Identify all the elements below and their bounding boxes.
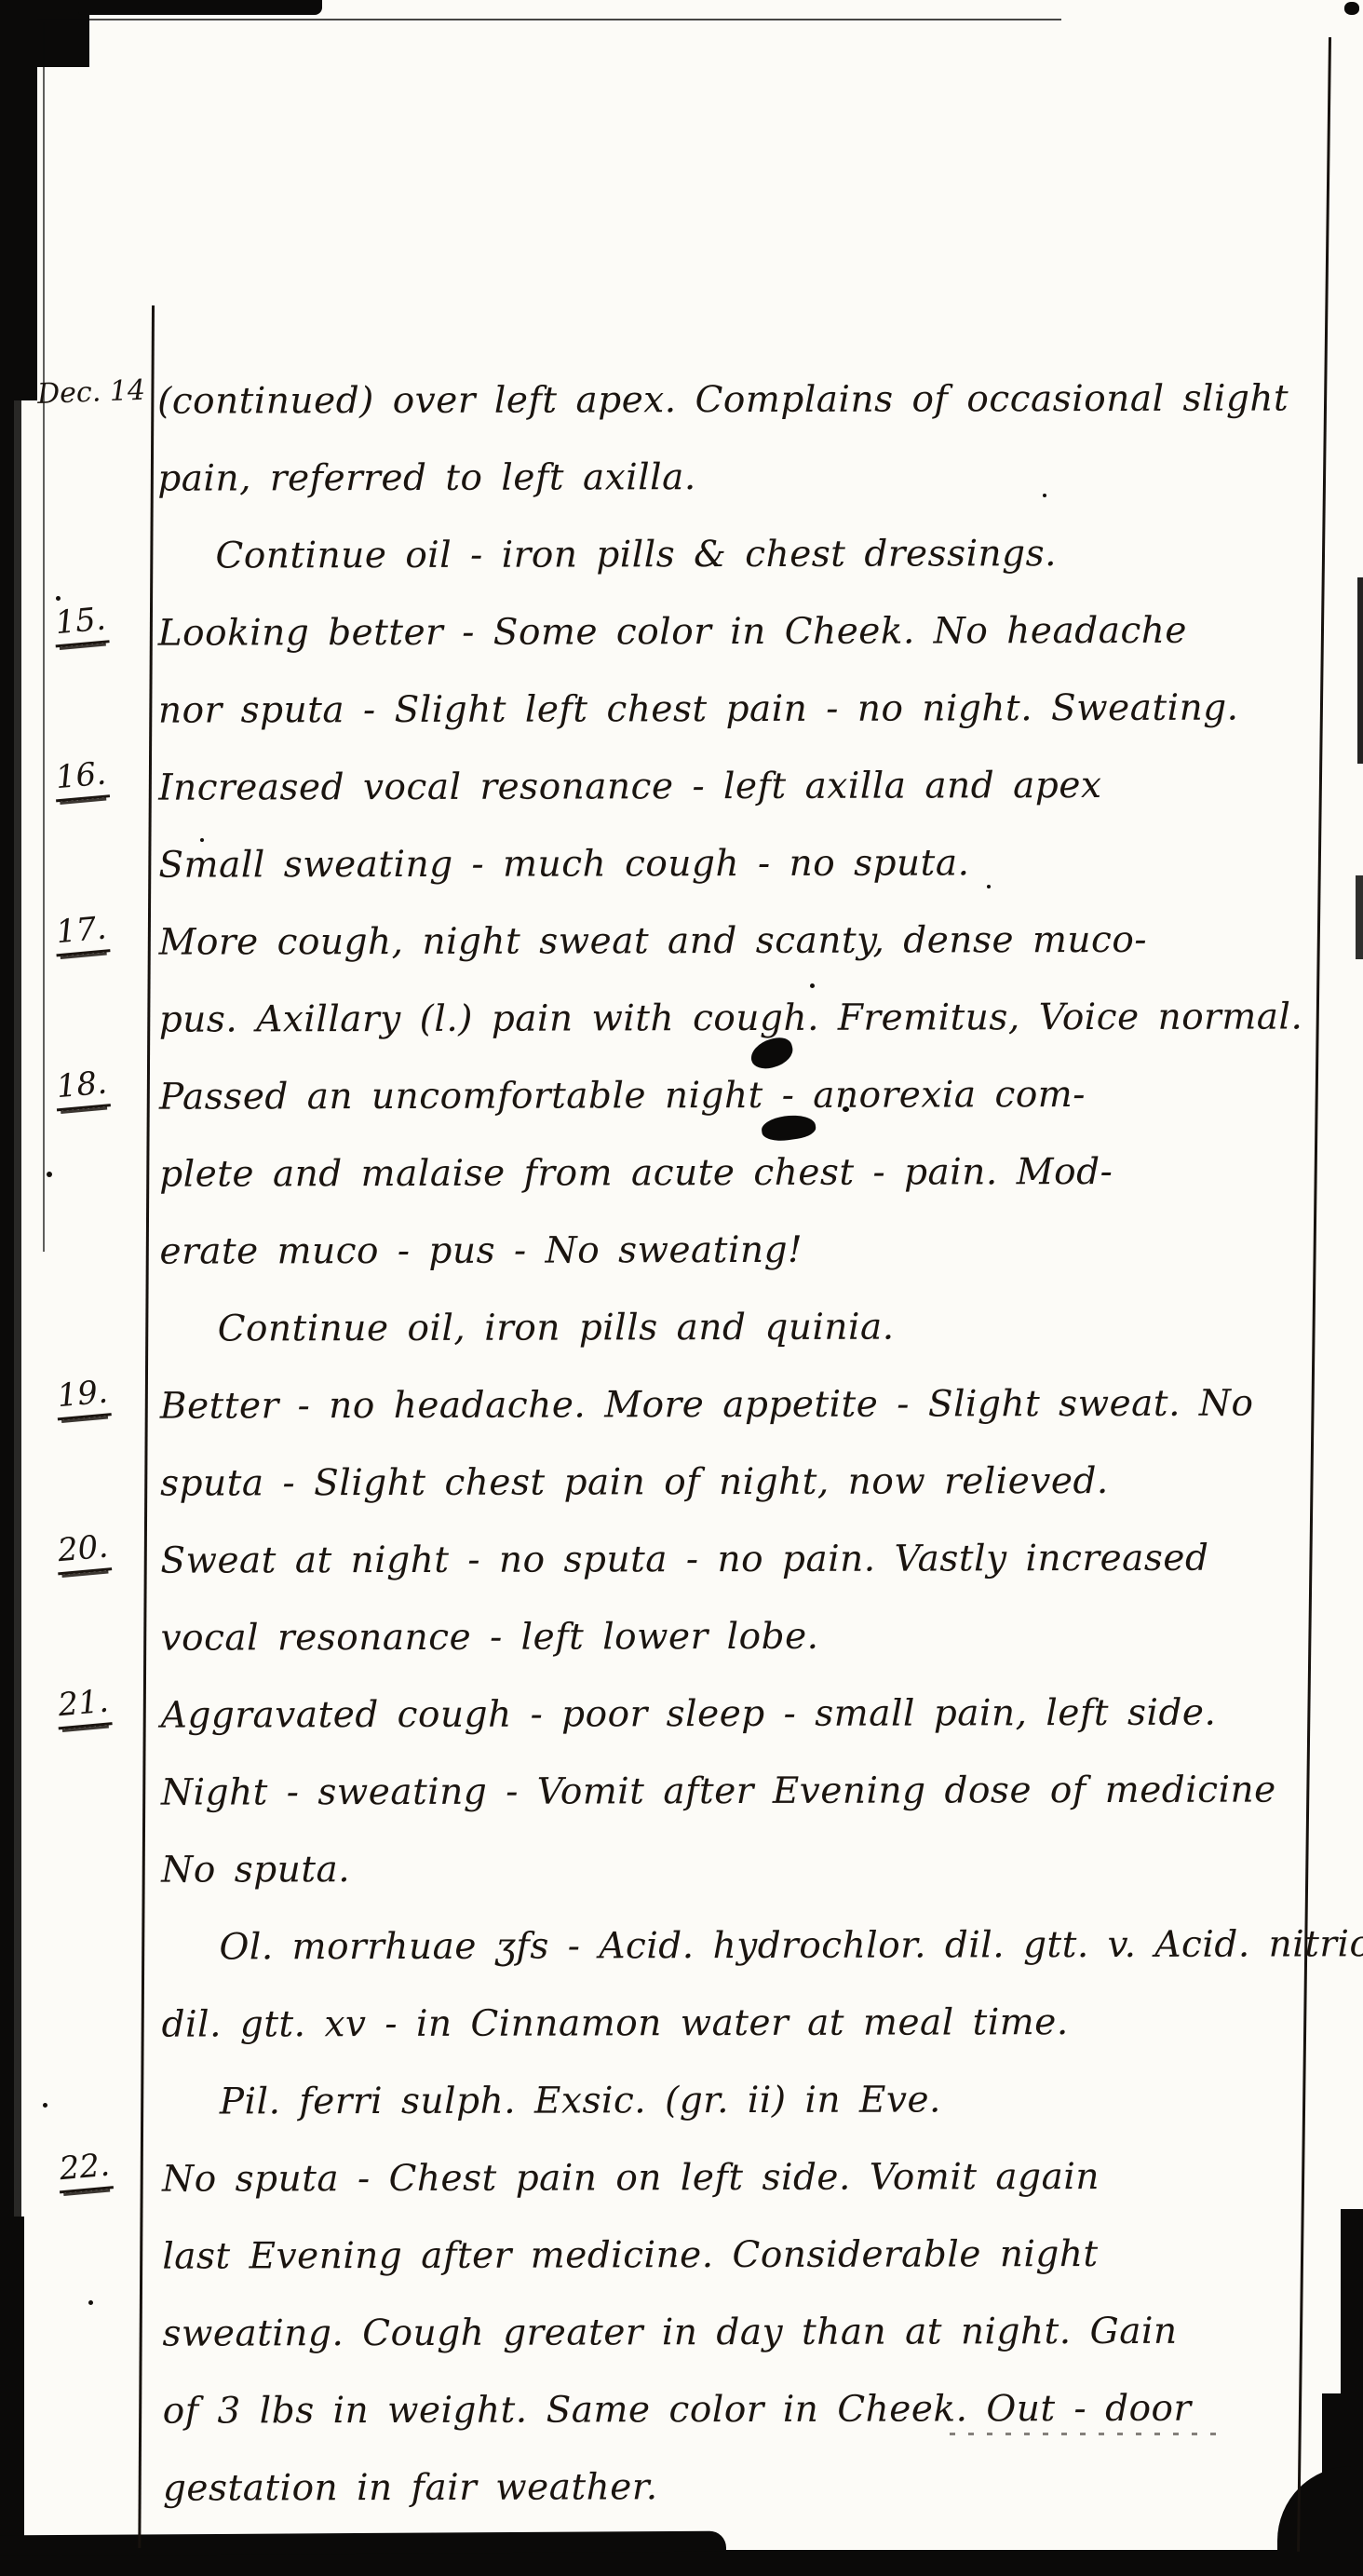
note-line: erate muco - pus - No sweating!: [159, 1210, 1334, 1290]
case-entry: 17.More cough, night sweat and scanty, d…: [158, 901, 1333, 1058]
note-line: vocal resonance - left lower lobe.: [160, 1596, 1335, 1676]
case-entry: 21.Aggravated cough - poor sleep - small…: [161, 1674, 1337, 2140]
case-entry: 18.Passed an uncomfortable night - anore…: [159, 1055, 1335, 1367]
ink-speck: [88, 2300, 93, 2305]
entry-date-label: 17.: [53, 909, 111, 956]
ink-speck: [43, 2103, 47, 2108]
note-line: sweating. Cough greater in day than at n…: [162, 2292, 1337, 2372]
ink-speck: [47, 1172, 52, 1177]
note-line: No sputa - Chest pain on left side. Vomi…: [162, 2137, 1337, 2217]
note-line: Looking better - Some color in Cheek. No…: [158, 591, 1333, 671]
case-entry: 16.Increased vocal resonance - left axil…: [158, 746, 1333, 903]
note-line: Better - no headache. More appetite - Sl…: [160, 1364, 1335, 1444]
note-line: pain, referred to left axilla.: [157, 437, 1332, 517]
entry-date-label: 19.: [54, 1373, 112, 1420]
note-line: (continued) over left apex. Complains of…: [157, 359, 1332, 440]
note-line: Continue oil - iron pills & chest dressi…: [157, 514, 1332, 594]
note-line: nor sputa - Slight left chest pain - no …: [158, 669, 1333, 749]
entry-date-label: 21.: [55, 1682, 113, 1729]
margin-rule-line: [138, 305, 155, 2548]
note-line: last Evening after medicine. Considerabl…: [162, 2215, 1337, 2295]
scan-artifact-left-hairline: [43, 22, 45, 1252]
note-line: pus. Axillary (l.) pain with cough. Frem…: [159, 978, 1334, 1058]
entry-date-label: 18.: [53, 1064, 111, 1111]
scan-artifact-right-sliver: [1357, 577, 1363, 764]
case-entry: 20.Sweat at night - no sputa - no pain. …: [160, 1519, 1335, 1676]
note-line: Continue oil, iron pills and quinia.: [160, 1287, 1335, 1367]
scan-artifact-left-edge: [0, 0, 14, 2576]
note-line: Sweat at night - no sputa - no pain. Vas…: [160, 1519, 1335, 1599]
note-line: Night - sweating - Vomit after Evening d…: [161, 1751, 1336, 1831]
note-line: of 3 lbs in weight. Same color in Cheek.…: [163, 2369, 1338, 2449]
handwritten-notes: Dec. 14(continued) over left apex. Compl…: [157, 359, 1338, 2527]
note-line: Increased vocal resonance - left axilla …: [158, 746, 1333, 826]
ink-speck: [56, 596, 61, 601]
entry-date-label: 20.: [54, 1527, 112, 1575]
note-line: Small sweating - much cough - no sputa.: [158, 823, 1333, 903]
note-line: Ol. morrhuae ʒfs - Acid. hydrochlor. dil…: [161, 1905, 1336, 1986]
scan-artifact-top-right-mark: [1344, 2, 1359, 15]
note-line: More cough, night sweat and scanty, dens…: [158, 901, 1333, 981]
note-line: gestation in fair weather.: [163, 2447, 1338, 2527]
note-line: plete and malaise from acute chest - pai…: [159, 1132, 1334, 1213]
case-entry: 22.No sputa - Chest pain on left side. V…: [162, 2137, 1338, 2527]
scan-artifact-left-bottom: [0, 2217, 24, 2576]
note-line: dil. gtt. xv - in Cinnamon water at meal…: [162, 1983, 1337, 2063]
case-entry: 19.Better - no headache. More appetite -…: [160, 1364, 1335, 1522]
case-entry: 15.Looking better - Some color in Cheek.…: [158, 591, 1333, 749]
scanned-casebook-page: Dec. 14(continued) over left apex. Compl…: [0, 0, 1363, 2576]
entry-date-label: Dec. 14: [28, 373, 154, 411]
note-line: sputa - Slight chest pain of night, now …: [160, 1442, 1335, 1522]
note-line: No sputa.: [161, 1828, 1336, 1908]
entry-date-label: 16.: [52, 754, 110, 802]
case-entry: Dec. 14(continued) over left apex. Compl…: [157, 359, 1333, 594]
scan-artifact-right-sliver-2: [1356, 875, 1363, 959]
note-line: Passed an uncomfortable night - anorexia…: [159, 1055, 1334, 1135]
entry-date-label: 15.: [52, 600, 110, 647]
note-line: Aggravated cough - poor sleep - small pa…: [161, 1674, 1336, 1754]
scan-artifact-top-band: [78, 0, 322, 15]
scan-artifact-top-hairline: [37, 19, 1061, 20]
note-line: Pil. ferri sulph. Exsic. (gr. ii) in Eve…: [162, 2060, 1337, 2140]
entry-date-label: 22.: [56, 2146, 114, 2193]
